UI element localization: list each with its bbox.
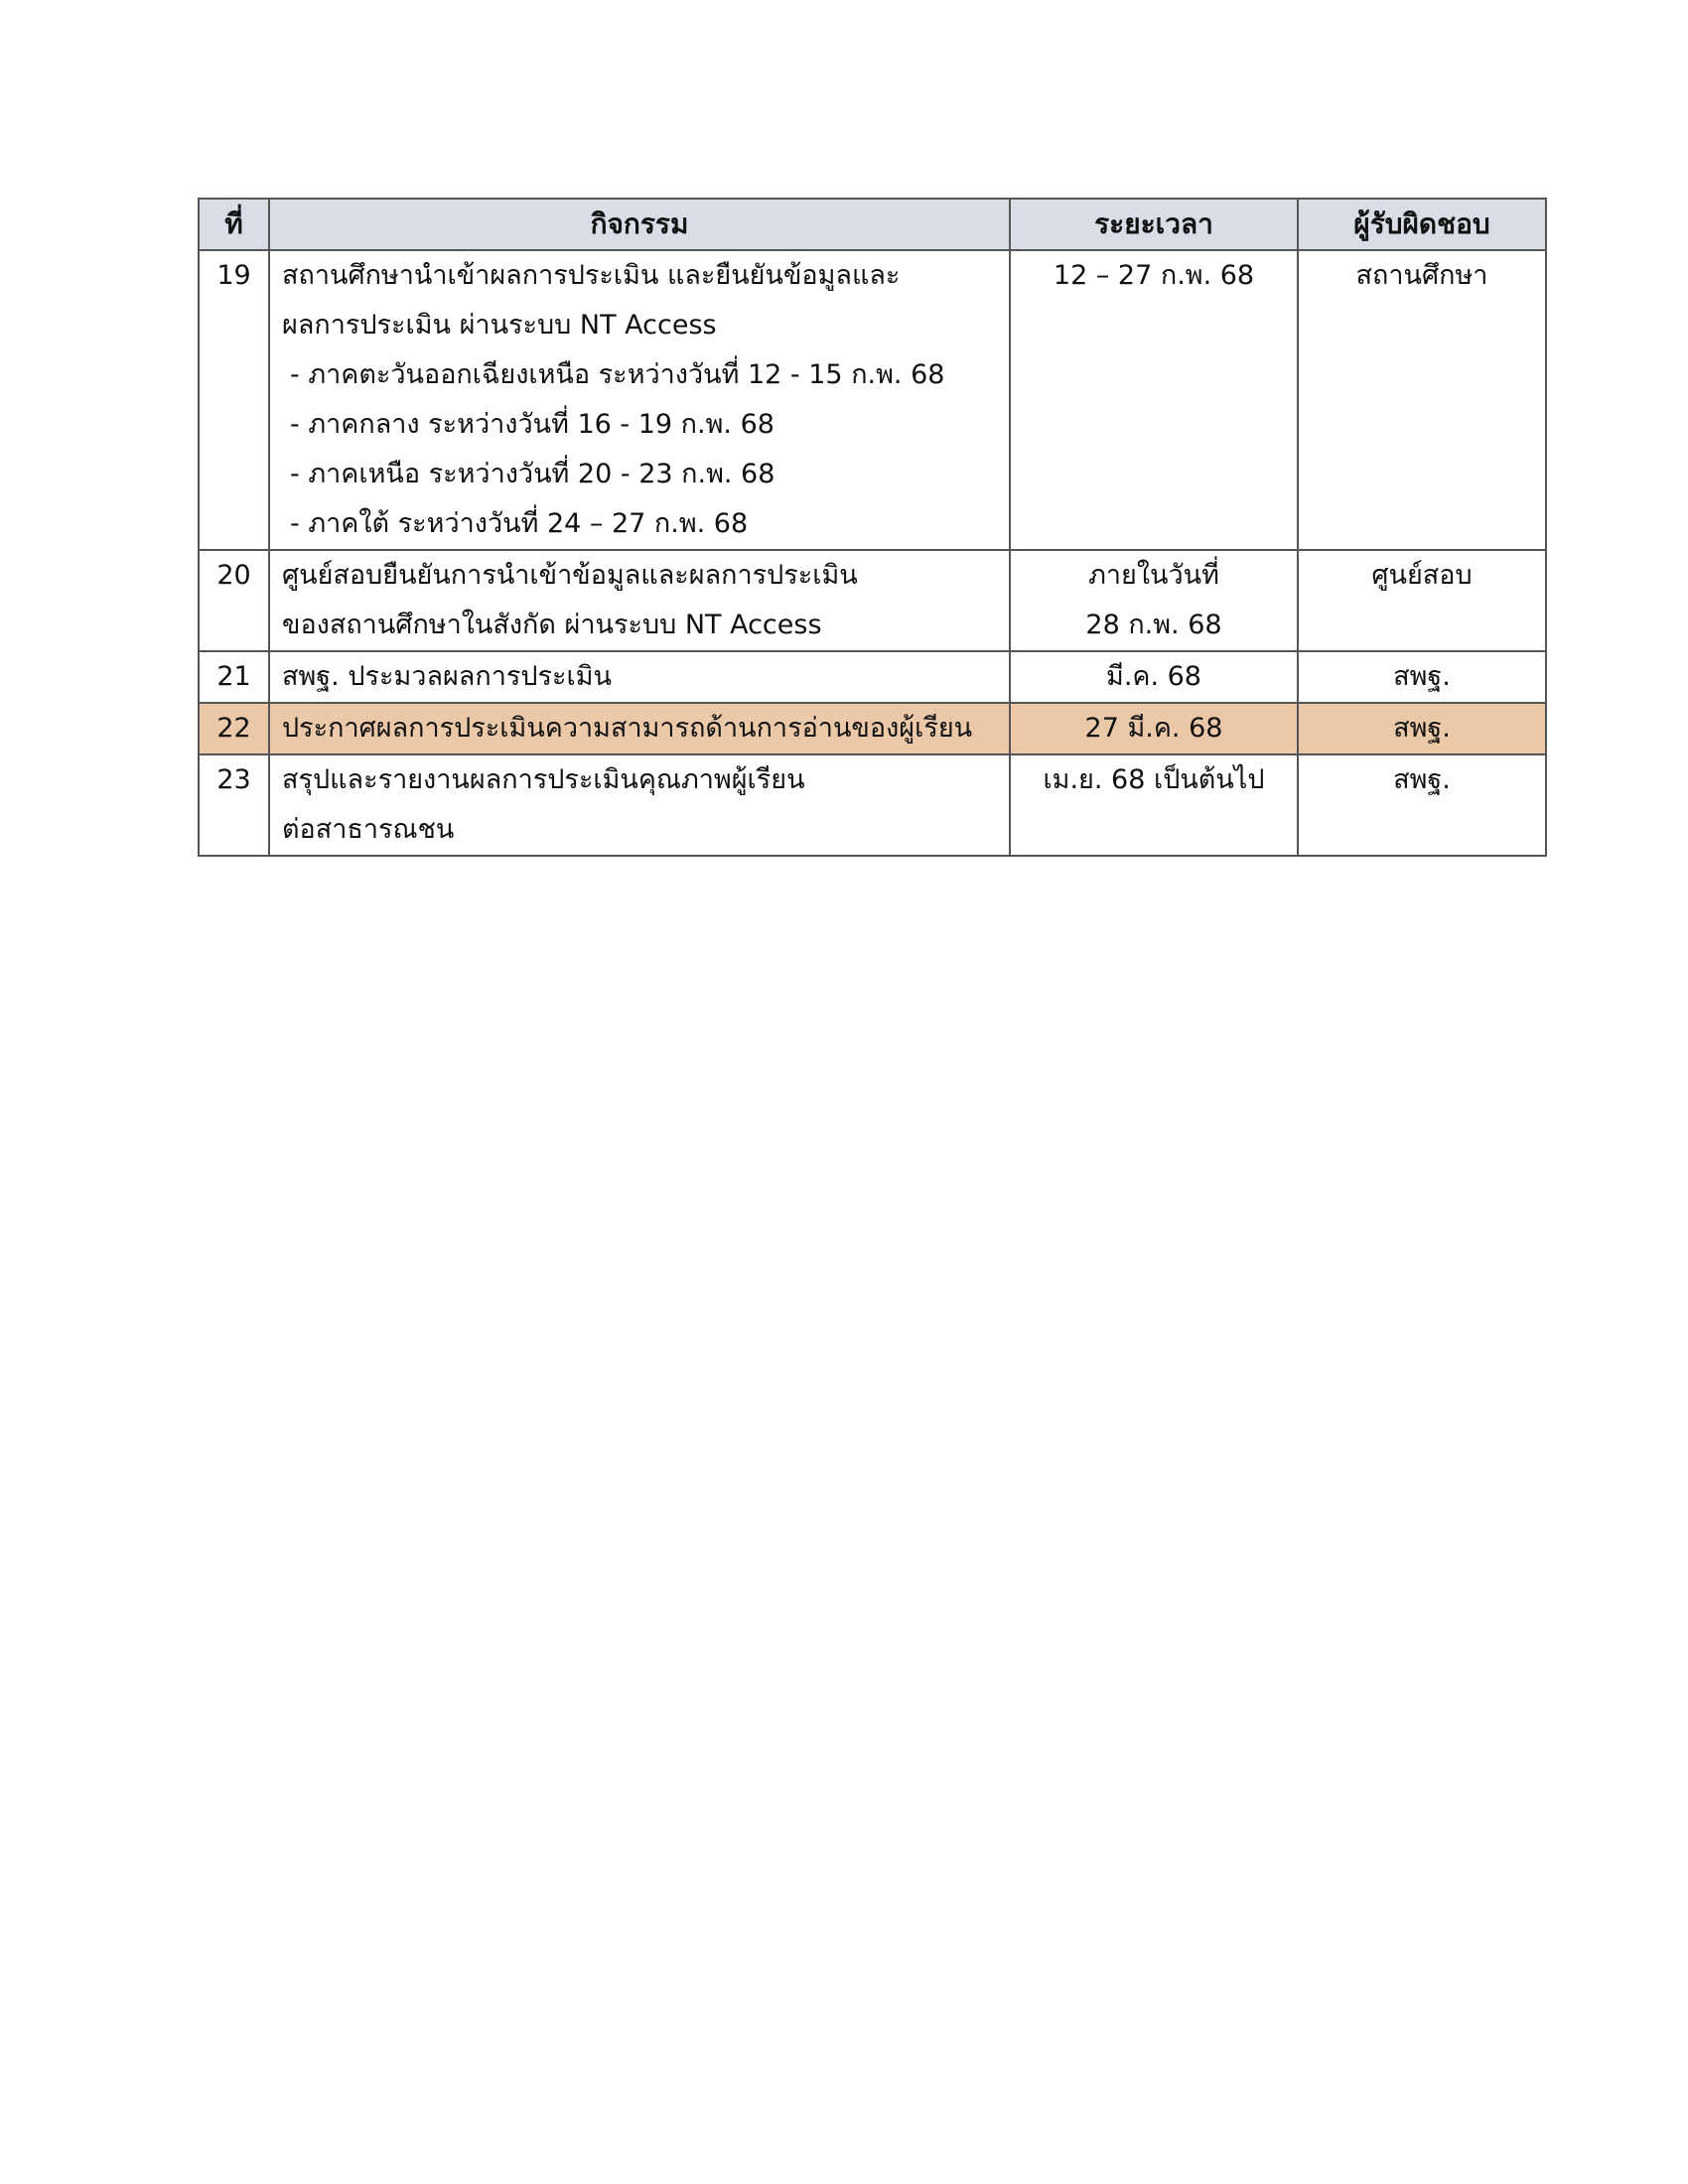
activity-cell: ประกาศผลการประเมินความสามารถด้านการอ่านข… bbox=[269, 703, 1010, 754]
header-activity: กิจกรรม bbox=[269, 199, 1010, 250]
activity-line: ประกาศผลการประเมินความสามารถด้านการอ่านข… bbox=[270, 704, 1009, 753]
responsible-cell: ศูนย์สอบ bbox=[1298, 550, 1546, 651]
responsible-cell: สพฐ. bbox=[1298, 651, 1546, 703]
period-cell: ภายในวันที่ 28 ก.พ. 68 bbox=[1010, 550, 1298, 651]
activity-line: ต่อสาธารณชน bbox=[270, 805, 1009, 855]
activity-subitem: - ภาคเหนือ ระหว่างวันที่ 20 - 23 ก.พ. 68 bbox=[270, 450, 1009, 499]
activity-cell: สพฐ. ประมวลผลการประเมิน bbox=[269, 651, 1010, 703]
activity-subitem: - ภาคตะวันออกเฉียงเหนือ ระหว่างวันที่ 12… bbox=[270, 350, 1009, 400]
row-number: 23 bbox=[199, 754, 269, 856]
responsible-cell: สพฐ. bbox=[1298, 754, 1546, 856]
activity-line: สพฐ. ประมวลผลการประเมิน bbox=[270, 652, 1009, 702]
activity-line: สรุปและรายงานผลการประเมินคุณภาพผู้เรียน bbox=[270, 755, 1009, 805]
period-cell: 12 – 27 ก.พ. 68 bbox=[1010, 250, 1298, 550]
table-row-highlighted: 22 ประกาศผลการประเมินความสามารถด้านการอ่… bbox=[199, 703, 1546, 754]
header-responsible: ผู้รับผิดชอบ bbox=[1298, 199, 1546, 250]
row-number: 21 bbox=[199, 651, 269, 703]
activity-cell: ศูนย์สอบยืนยันการนำเข้าข้อมูลและผลการประ… bbox=[269, 550, 1010, 651]
activity-line: ของสถานศึกษาในสังกัด ผ่านระบบ NT Access bbox=[270, 601, 1009, 650]
period-cell: มี.ค. 68 bbox=[1010, 651, 1298, 703]
responsible-cell: สพฐ. bbox=[1298, 703, 1546, 754]
table-header-row: ที่ กิจกรรม ระยะเวลา ผู้รับผิดชอบ bbox=[199, 199, 1546, 250]
period-cell: เม.ย. 68 เป็นต้นไป bbox=[1010, 754, 1298, 856]
row-number: 22 bbox=[199, 703, 269, 754]
responsible-cell: สถานศึกษา bbox=[1298, 250, 1546, 550]
header-period: ระยะเวลา bbox=[1010, 199, 1298, 250]
table-row: 20 ศูนย์สอบยืนยันการนำเข้าข้อมูลและผลการ… bbox=[199, 550, 1546, 651]
row-number: 20 bbox=[199, 550, 269, 651]
activity-cell: สถานศึกษานำเข้าผลการประเมิน และยืนยันข้อ… bbox=[269, 250, 1010, 550]
table-row: 19 สถานศึกษานำเข้าผลการประเมิน และยืนยัน… bbox=[199, 250, 1546, 550]
activity-subitem: - ภาคใต้ ระหว่างวันที่ 24 – 27 ก.พ. 68 bbox=[270, 499, 1009, 549]
period-cell: 27 มี.ค. 68 bbox=[1010, 703, 1298, 754]
activity-line: ศูนย์สอบยืนยันการนำเข้าข้อมูลและผลการประ… bbox=[270, 551, 1009, 601]
table-row: 21 สพฐ. ประมวลผลการประเมิน มี.ค. 68 สพฐ. bbox=[199, 651, 1546, 703]
activity-line: ผลการประเมิน ผ่านระบบ NT Access bbox=[270, 301, 1009, 350]
table-row: 23 สรุปและรายงานผลการประเมินคุณภาพผู้เรี… bbox=[199, 754, 1546, 856]
schedule-table: ที่ กิจกรรม ระยะเวลา ผู้รับผิดชอบ 19 สถา… bbox=[198, 198, 1547, 857]
row-number: 19 bbox=[199, 250, 269, 550]
activity-line: สถานศึกษานำเข้าผลการประเมิน และยืนยันข้อ… bbox=[270, 251, 1009, 301]
activity-cell: สรุปและรายงานผลการประเมินคุณภาพผู้เรียน … bbox=[269, 754, 1010, 856]
activity-subitem: - ภาคกลาง ระหว่างวันที่ 16 - 19 ก.พ. 68 bbox=[270, 400, 1009, 450]
header-no: ที่ bbox=[199, 199, 269, 250]
